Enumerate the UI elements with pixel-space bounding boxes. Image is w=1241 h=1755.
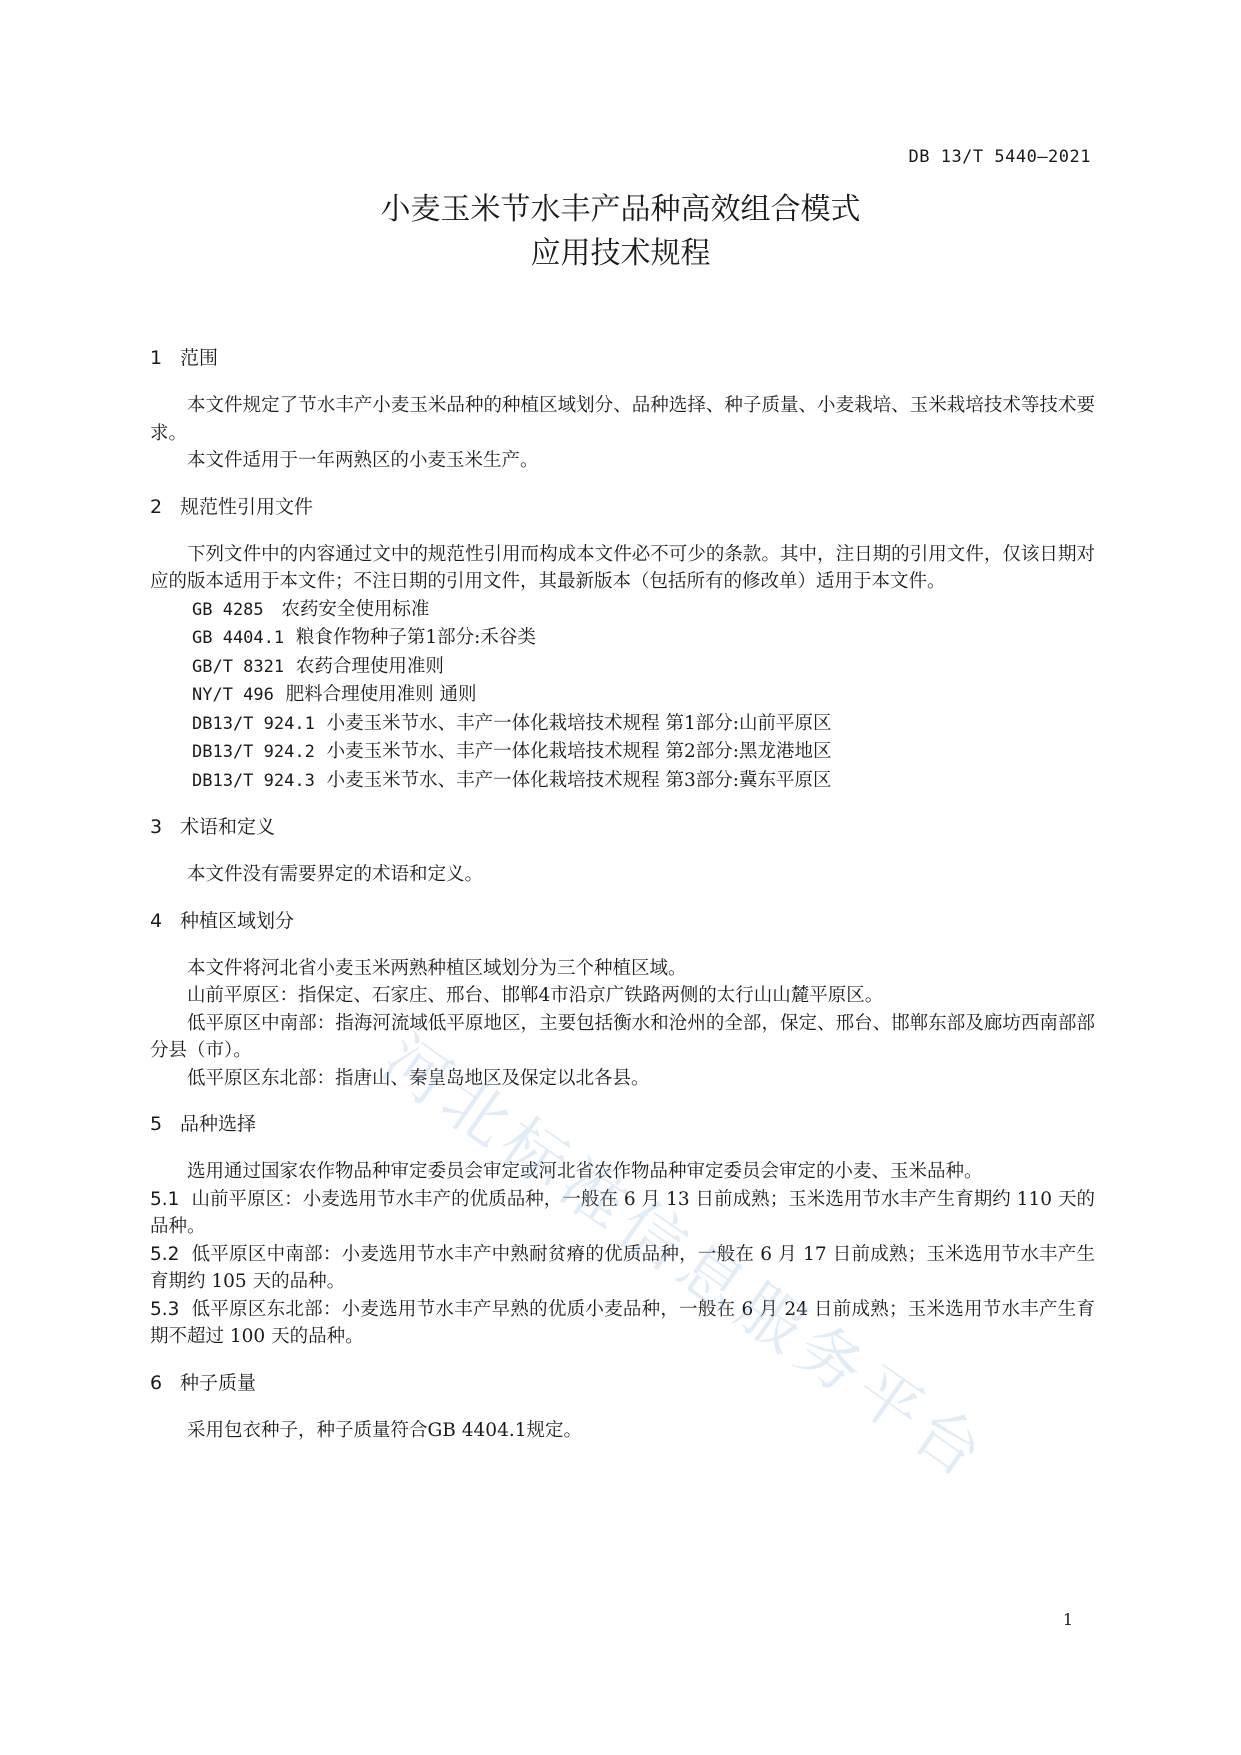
paragraph: 本文件将河北省小麦玉米两熟种植区域划分为三个种植区域。 [150,955,1095,983]
subsection-text: 山前平原区：小麦选用节水丰产的优质品种，一般在 6 月 13 日前成熟；玉米选用… [150,1189,1095,1238]
paragraph: 下列文件中的内容通过文中的规范性引用而构成本文件必不可少的条款。其中，注日期的引… [150,541,1095,596]
subsection-number: 5.3 [150,1299,179,1320]
section-number: 5 [150,1111,180,1137]
paragraph: 低平原区中南部：指海河流域低平原地区，主要包括衡水和沧州的全部，保定、邢台、邯郸… [150,1010,1095,1065]
section-title: 范围 [180,345,218,371]
paragraph: 本文件适用于一年两熟区的小麦玉米生产。 [150,447,1095,475]
subsection-text: 低平原区中南部：小麦选用节水丰产中熟耐贫瘠的优质品种，一般在 6 月 17 日前… [150,1244,1095,1293]
reference-item: GB 4404.1 粮食作物种子第1部分:禾谷类 [150,624,1095,653]
reference-title: 小麦玉米节水、丰产一体化栽培技术规程 第3部分:冀东平原区 [327,770,832,791]
document-page: DB 13/T 5440—2021 小麦玉米节水丰产品种高效组合模式 应用技术规… [0,0,1241,1755]
section-heading: 5 品种选择 [150,1111,1095,1137]
section-heading: 6 种子质量 [150,1370,1095,1396]
section-heading: 4 种植区域划分 [150,908,1095,934]
section-planting-regions: 4 种植区域划分 本文件将河北省小麦玉米两熟种植区域划分为三个种植区域。 山前平… [150,908,1095,1093]
standard-code: DB 13/T 5440—2021 [909,147,1092,167]
paragraph: 采用包衣种子，种子质量符合GB 4404.1规定。 [150,1417,1095,1445]
title-line-1: 小麦玉米节水丰产品种高效组合模式 [0,188,1241,232]
section-title: 品种选择 [180,1111,256,1137]
section-number: 4 [150,908,180,934]
paragraph: 本文件规定了节水丰产小麦玉米品种的种植区域划分、品种选择、种子质量、小麦栽培、玉… [150,392,1095,447]
subsection-5-3: 5.3低平原区东北部：小麦选用节水丰产早熟的优质小麦品种，一般在 6 月 24 … [150,1296,1095,1351]
reference-item: GB 4285 农药安全使用标准 [150,596,1095,625]
reference-code: GB/T 8321 [192,657,284,677]
section-heading: 1 范围 [150,345,1095,371]
reference-code: GB 4285 [192,600,264,620]
section-seed-quality: 6 种子质量 采用包衣种子，种子质量符合GB 4404.1规定。 [150,1370,1095,1445]
paragraph: 选用通过国家农作物品种审定委员会审定或河北省农作物品种审定委员会审定的小麦、玉米… [150,1158,1095,1186]
title-line-2: 应用技术规程 [0,232,1241,276]
subsection-number: 5.2 [150,1244,179,1265]
section-terms-definitions: 3 术语和定义 本文件没有需要界定的术语和定义。 [150,814,1095,889]
subsection-text: 低平原区东北部：小麦选用节水丰产早熟的优质小麦品种，一般在 6 月 24 日前成… [150,1299,1095,1348]
reference-item: GB/T 8321 农药合理使用准则 [150,653,1095,682]
reference-code: DB13/T 924.1 [192,714,315,734]
reference-code: DB13/T 924.3 [192,771,315,791]
section-number: 3 [150,814,180,840]
reference-item: DB13/T 924.3 小麦玉米节水、丰产一体化栽培技术规程 第3部分:冀东平… [150,767,1095,796]
subsection-5-2: 5.2低平原区中南部：小麦选用节水丰产中熟耐贫瘠的优质品种，一般在 6 月 17… [150,1241,1095,1296]
document-title: 小麦玉米节水丰产品种高效组合模式 应用技术规程 [0,188,1241,276]
section-title: 术语和定义 [180,814,275,840]
section-variety-selection: 5 品种选择 选用通过国家农作物品种审定委员会审定或河北省农作物品种审定委员会审… [150,1111,1095,1351]
reference-title: 小麦玉米节水、丰产一体化栽培技术规程 第1部分:山前平原区 [327,713,832,734]
reference-title: 农药安全使用标准 [281,599,429,620]
section-heading: 3 术语和定义 [150,814,1095,840]
paragraph: 低平原区东北部：指唐山、秦皇岛地区及保定以北各县。 [150,1065,1095,1093]
reference-item: DB13/T 924.1 小麦玉米节水、丰产一体化栽培技术规程 第1部分:山前平… [150,710,1095,739]
reference-code: GB 4404.1 [192,628,284,648]
section-title: 种子质量 [180,1370,256,1396]
section-number: 2 [150,494,180,520]
section-number: 6 [150,1370,180,1396]
section-scope: 1 范围 本文件规定了节水丰产小麦玉米品种的种植区域划分、品种选择、种子质量、小… [150,345,1095,475]
section-title: 种植区域划分 [180,908,294,934]
section-normative-references: 2 规范性引用文件 下列文件中的内容通过文中的规范性引用而构成本文件必不可少的条… [150,494,1095,796]
page-number: 1 [1063,1610,1073,1629]
reference-title: 粮食作物种子第1部分:禾谷类 [296,627,536,648]
subsection-number: 5.1 [150,1189,179,1210]
reference-title: 小麦玉米节水、丰产一体化栽培技术规程 第2部分:黑龙港地区 [327,741,832,762]
paragraph: 本文件没有需要界定的术语和定义。 [150,861,1095,889]
reference-title: 农药合理使用准则 [296,656,444,677]
reference-title: 肥料合理使用准则 通则 [286,684,477,705]
section-heading: 2 规范性引用文件 [150,494,1095,520]
subsection-5-1: 5.1山前平原区：小麦选用节水丰产的优质品种，一般在 6 月 13 日前成熟；玉… [150,1186,1095,1241]
reference-item: NY/T 496 肥料合理使用准则 通则 [150,681,1095,710]
document-body: 1 范围 本文件规定了节水丰产小麦玉米品种的种植区域划分、品种选择、种子质量、小… [150,345,1095,1444]
reference-item: DB13/T 924.2 小麦玉米节水、丰产一体化栽培技术规程 第2部分:黑龙港… [150,738,1095,767]
section-number: 1 [150,345,180,371]
reference-code: DB13/T 924.2 [192,742,315,762]
reference-code: NY/T 496 [192,685,274,705]
section-title: 规范性引用文件 [180,494,313,520]
paragraph: 山前平原区：指保定、石家庄、邢台、邯郸4市沿京广铁路两侧的太行山山麓平原区。 [150,982,1095,1010]
